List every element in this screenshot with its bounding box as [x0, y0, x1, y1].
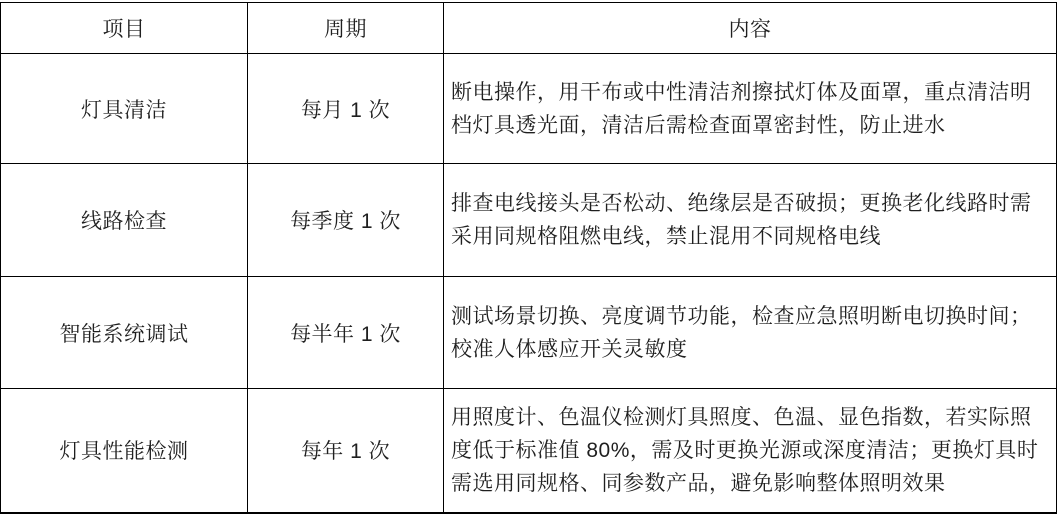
table-row: 灯具性能检测 每年 1 次 用照度计、色温仪检测灯具照度、色温、显色指数，若实际… [1, 389, 1057, 513]
period-cell: 每季度 1 次 [248, 164, 444, 277]
table-row: 智能系统调试 每半年 1 次 测试场景切换、亮度调节功能，检查应急照明断电切换时… [1, 277, 1057, 389]
content-cell: 测试场景切换、亮度调节功能，检查应急照明断电切换时间；校准人体感应开关灵敏度 [444, 277, 1057, 389]
item-cell: 线路检查 [1, 164, 248, 277]
item-cell: 灯具性能检测 [1, 389, 248, 513]
column-header-content: 内容 [444, 3, 1057, 54]
content-cell: 排查电线接头是否松动、绝缘层是否破损；更换老化线路时需采用同规格阻燃电线，禁止混… [444, 164, 1057, 277]
table-row: 线路检查 每季度 1 次 排查电线接头是否松动、绝缘层是否破损；更换老化线路时需… [1, 164, 1057, 277]
maintenance-schedule-table: 项目 周期 内容 灯具清洁 每月 1 次 断电操作，用干布或中性清洁剂擦拭灯体及… [0, 2, 1057, 514]
content-cell: 断电操作，用干布或中性清洁剂擦拭灯体及面罩，重点清洁明档灯具透光面，清洁后需检查… [444, 54, 1057, 164]
column-header-item: 项目 [1, 3, 248, 54]
item-cell: 智能系统调试 [1, 277, 248, 389]
period-cell: 每月 1 次 [248, 54, 444, 164]
period-cell: 每年 1 次 [248, 389, 444, 513]
header-row: 项目 周期 内容 [1, 3, 1057, 54]
content-cell: 用照度计、色温仪检测灯具照度、色温、显色指数，若实际照度低于标准值 80%，需及… [444, 389, 1057, 513]
period-cell: 每半年 1 次 [248, 277, 444, 389]
table-row: 灯具清洁 每月 1 次 断电操作，用干布或中性清洁剂擦拭灯体及面罩，重点清洁明档… [1, 54, 1057, 164]
column-header-period: 周期 [248, 3, 444, 54]
item-cell: 灯具清洁 [1, 54, 248, 164]
